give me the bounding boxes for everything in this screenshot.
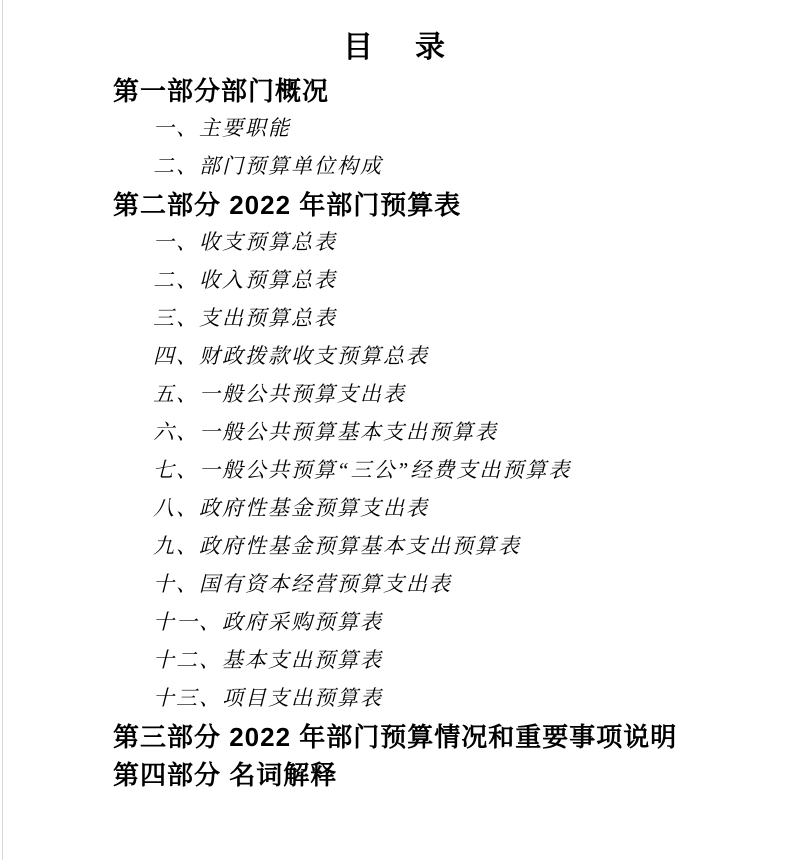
toc-item-part1-1: 一、主要职能: [113, 108, 764, 146]
toc-item-part2-3: 三、支出预算总表: [113, 298, 764, 336]
toc-item-part2-9: 九、政府性基金预算基本支出预算表: [113, 526, 764, 564]
page-left-edge-line: [2, 0, 3, 860]
toc-item-part2-2: 二、收入预算总表: [113, 260, 764, 298]
toc-heading-part4: 第四部分 名词解释: [113, 754, 764, 792]
toc-item-part2-4: 四、财政拨款收支预算总表: [113, 336, 764, 374]
toc-item-part2-10: 十、国有资本经营预算支出表: [113, 564, 764, 602]
toc-item-part2-13: 十三、项目支出预算表: [113, 678, 764, 716]
page-title: 目 录: [0, 22, 794, 66]
toc-item-part2-1: 一、收支预算总表: [113, 222, 764, 260]
toc-heading-part1: 第一部分部门概况: [113, 70, 764, 108]
toc-heading-part3: 第三部分 2022 年部门预算情况和重要事项说明: [113, 716, 764, 754]
toc-item-part2-12: 十二、基本支出预算表: [113, 640, 764, 678]
document-page: 目 录 第一部分部门概况 一、主要职能 二、部门预算单位构成 第二部分 2022…: [0, 0, 794, 860]
toc-item-part2-5: 五、一般公共预算支出表: [113, 374, 764, 412]
toc-heading-part2: 第二部分 2022 年部门预算表: [113, 184, 764, 222]
toc-item-part2-6: 六、一般公共预算基本支出预算表: [113, 412, 764, 450]
toc-item-part1-2: 二、部门预算单位构成: [113, 146, 764, 184]
table-of-contents: 第一部分部门概况 一、主要职能 二、部门预算单位构成 第二部分 2022 年部门…: [113, 70, 764, 792]
toc-item-part2-8: 八、政府性基金预算支出表: [113, 488, 764, 526]
toc-item-part2-11: 十一、政府采购预算表: [113, 602, 764, 640]
toc-item-part2-7: 七、一般公共预算“三公”经费支出预算表: [113, 450, 764, 488]
